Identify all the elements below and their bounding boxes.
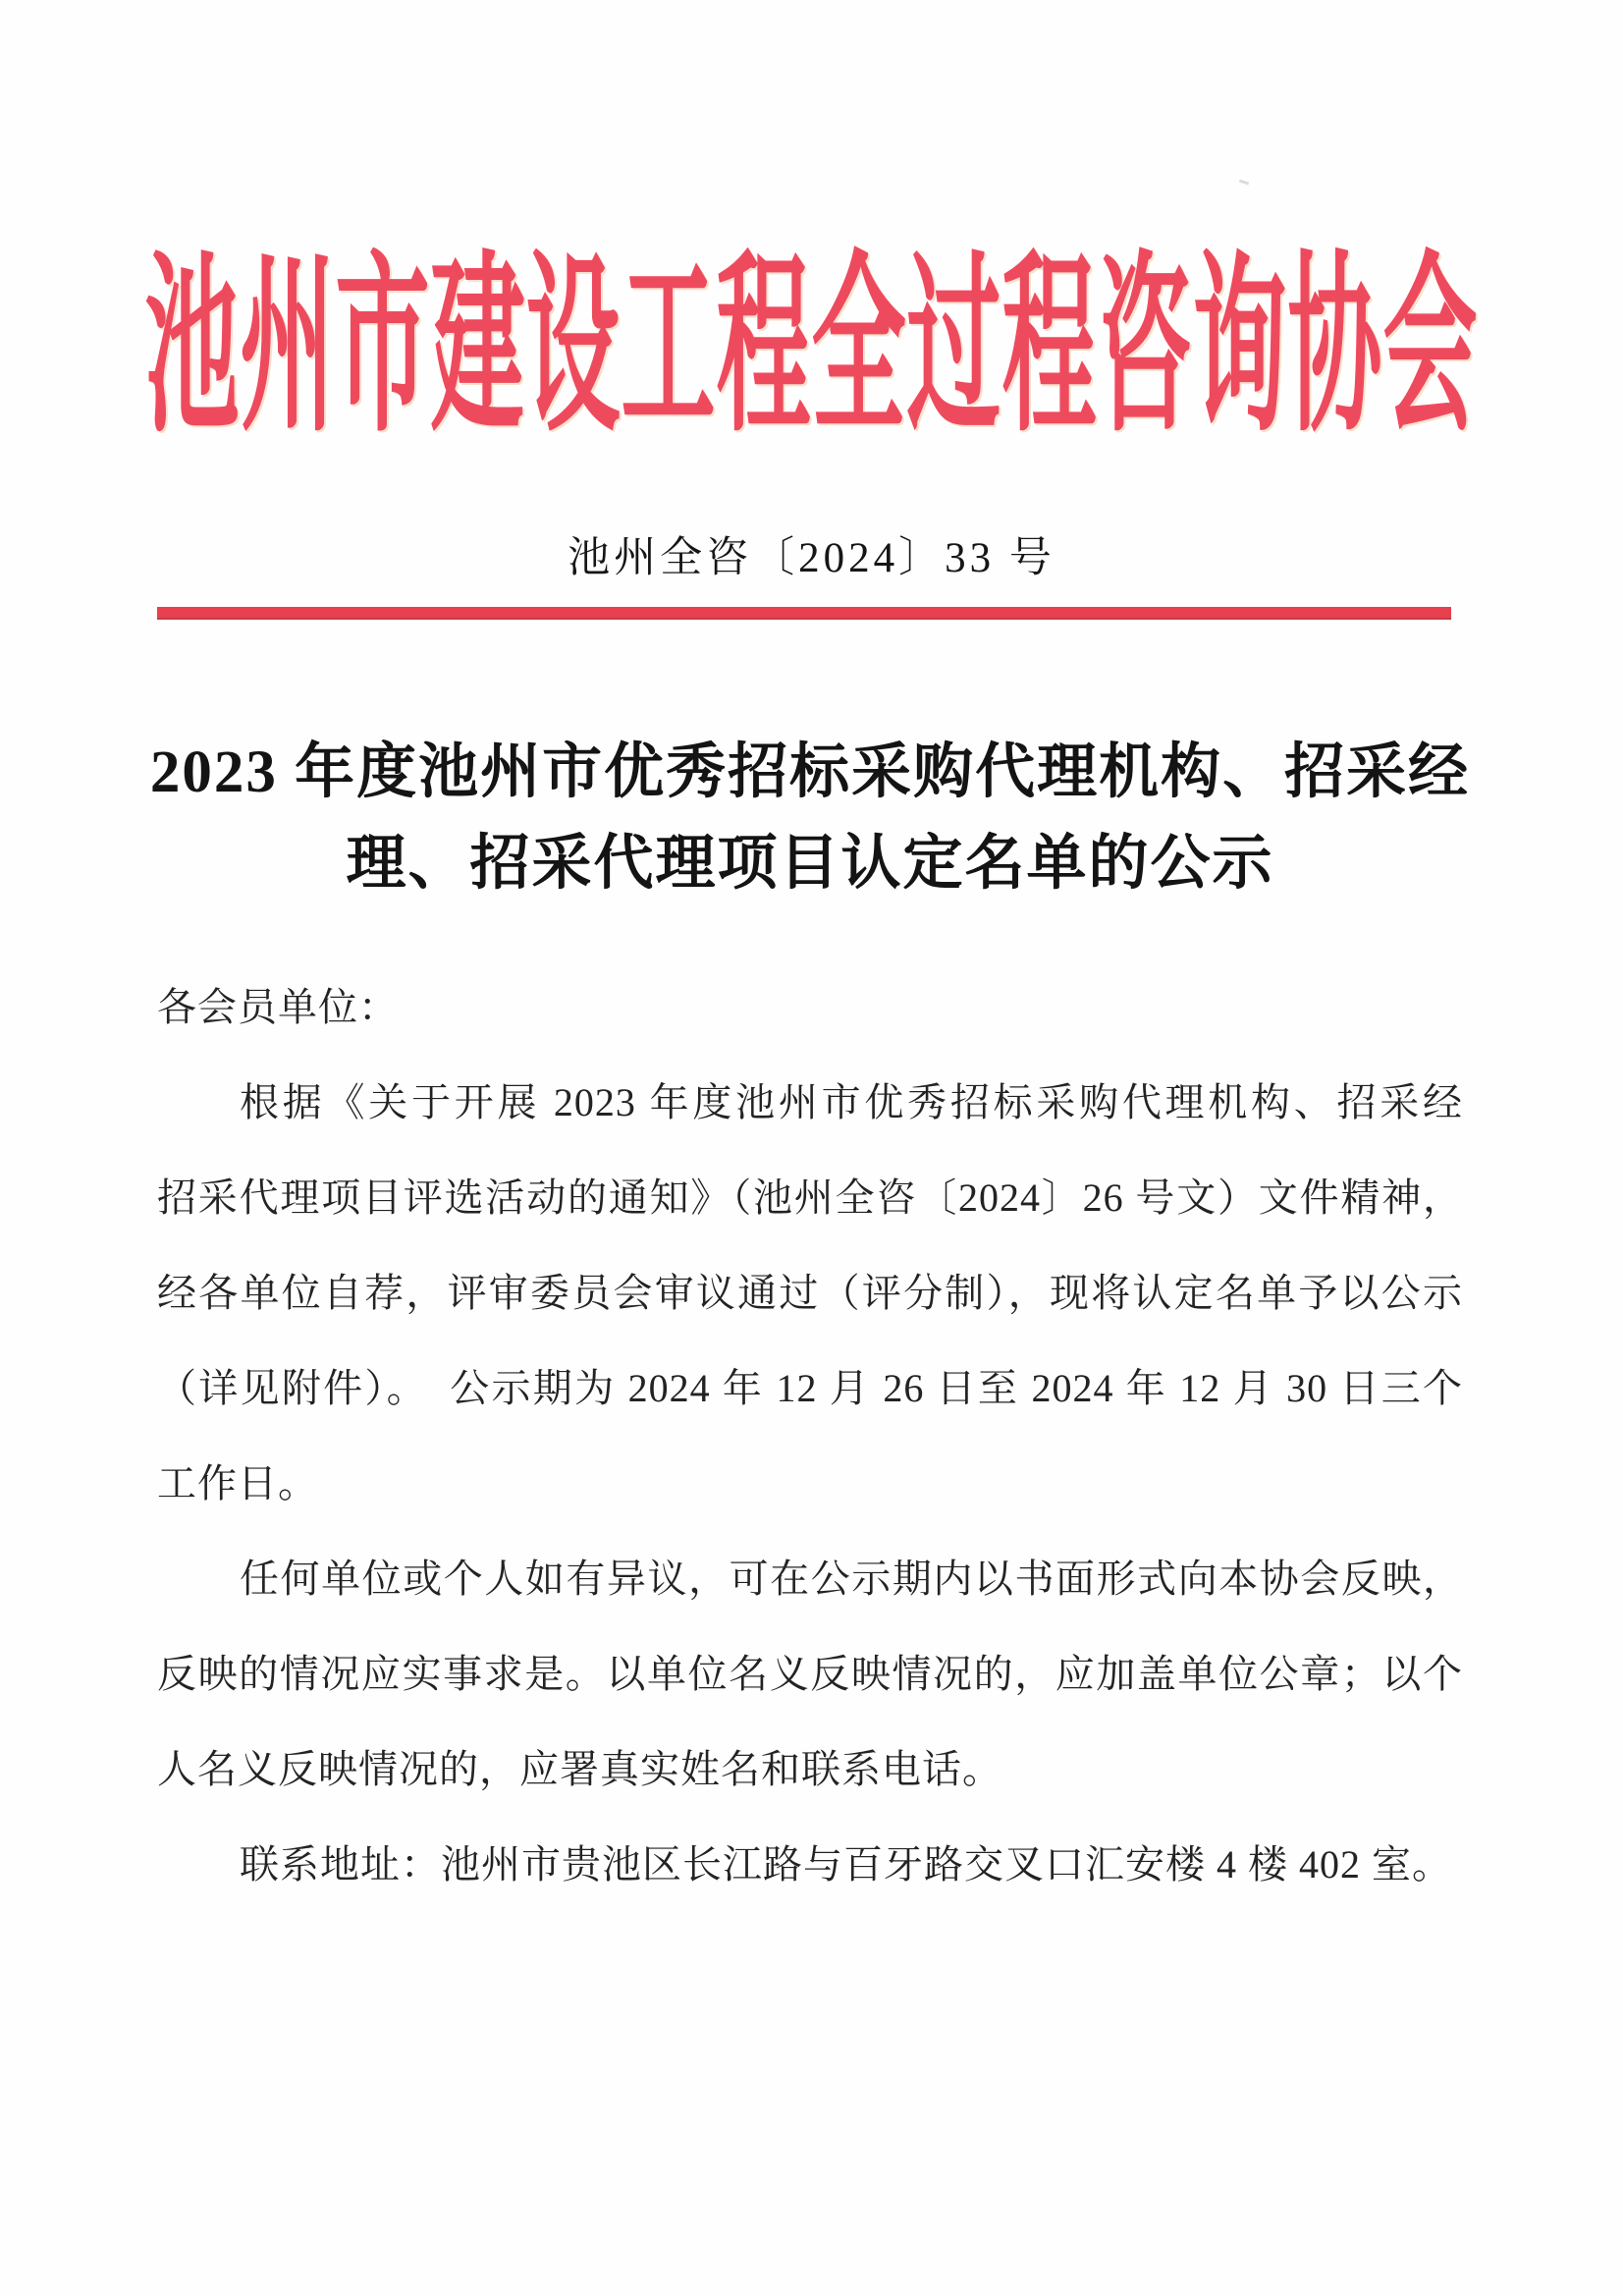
- announcement-title-line-2: 理、招采代理项目认定名单的公示: [128, 818, 1492, 909]
- salutation-line: 各会员单位：: [157, 959, 1463, 1055]
- contact-address-line: 联系地址：池州市贵池区长江路与百牙路交叉口汇安楼 4 楼 402 室。: [157, 1817, 1463, 1912]
- body-line-3: 经各单位自荐，评审委员会审议通过（评分制），现将认定名单予以公示: [157, 1245, 1463, 1340]
- body-line-6: 任何单位或个人如有异议，可在公示期内以书面形式向本协会反映，: [157, 1531, 1463, 1626]
- document-body: 各会员单位： 根据《关于开展 2023 年度池州市优秀招标采购代理机构、招采经理…: [157, 959, 1463, 1912]
- scanned-official-document: 池州市建设工程全过程咨询协会 池州全咨〔2024〕33 号 2023 年度池州市…: [0, 0, 1623, 2296]
- document-number: 池州全咨〔2024〕33 号: [0, 533, 1623, 584]
- scan-artifact: [1239, 180, 1249, 186]
- announcement-title: 2023 年度池州市优秀招标采购代理机构、招采经 理、招采代理项目认定名单的公示: [128, 727, 1492, 909]
- letterhead-org-name: 池州市建设工程全过程咨询协会: [0, 247, 1623, 449]
- body-line-4: （详见附件）。 公示期为 2024 年 12 月 26 日至 2024 年 12…: [157, 1340, 1463, 1436]
- body-line-7: 反映的情况应实事求是。以单位名义反映情况的，应加盖单位公章；以个: [157, 1626, 1463, 1722]
- body-line-1: 根据《关于开展 2023 年度池州市优秀招标采购代理机构、招采经理、: [157, 1055, 1463, 1150]
- red-divider-line: [157, 607, 1451, 620]
- body-line-2: 招采代理项目评选活动的通知》（池州全咨〔2024〕26 号文）文件精神，: [157, 1150, 1463, 1245]
- body-line-5: 工作日。: [157, 1436, 1463, 1531]
- body-line-8: 人名义反映情况的，应署真实姓名和联系电话。: [157, 1722, 1463, 1817]
- announcement-title-line-1: 2023 年度池州市优秀招标采购代理机构、招采经: [128, 727, 1492, 818]
